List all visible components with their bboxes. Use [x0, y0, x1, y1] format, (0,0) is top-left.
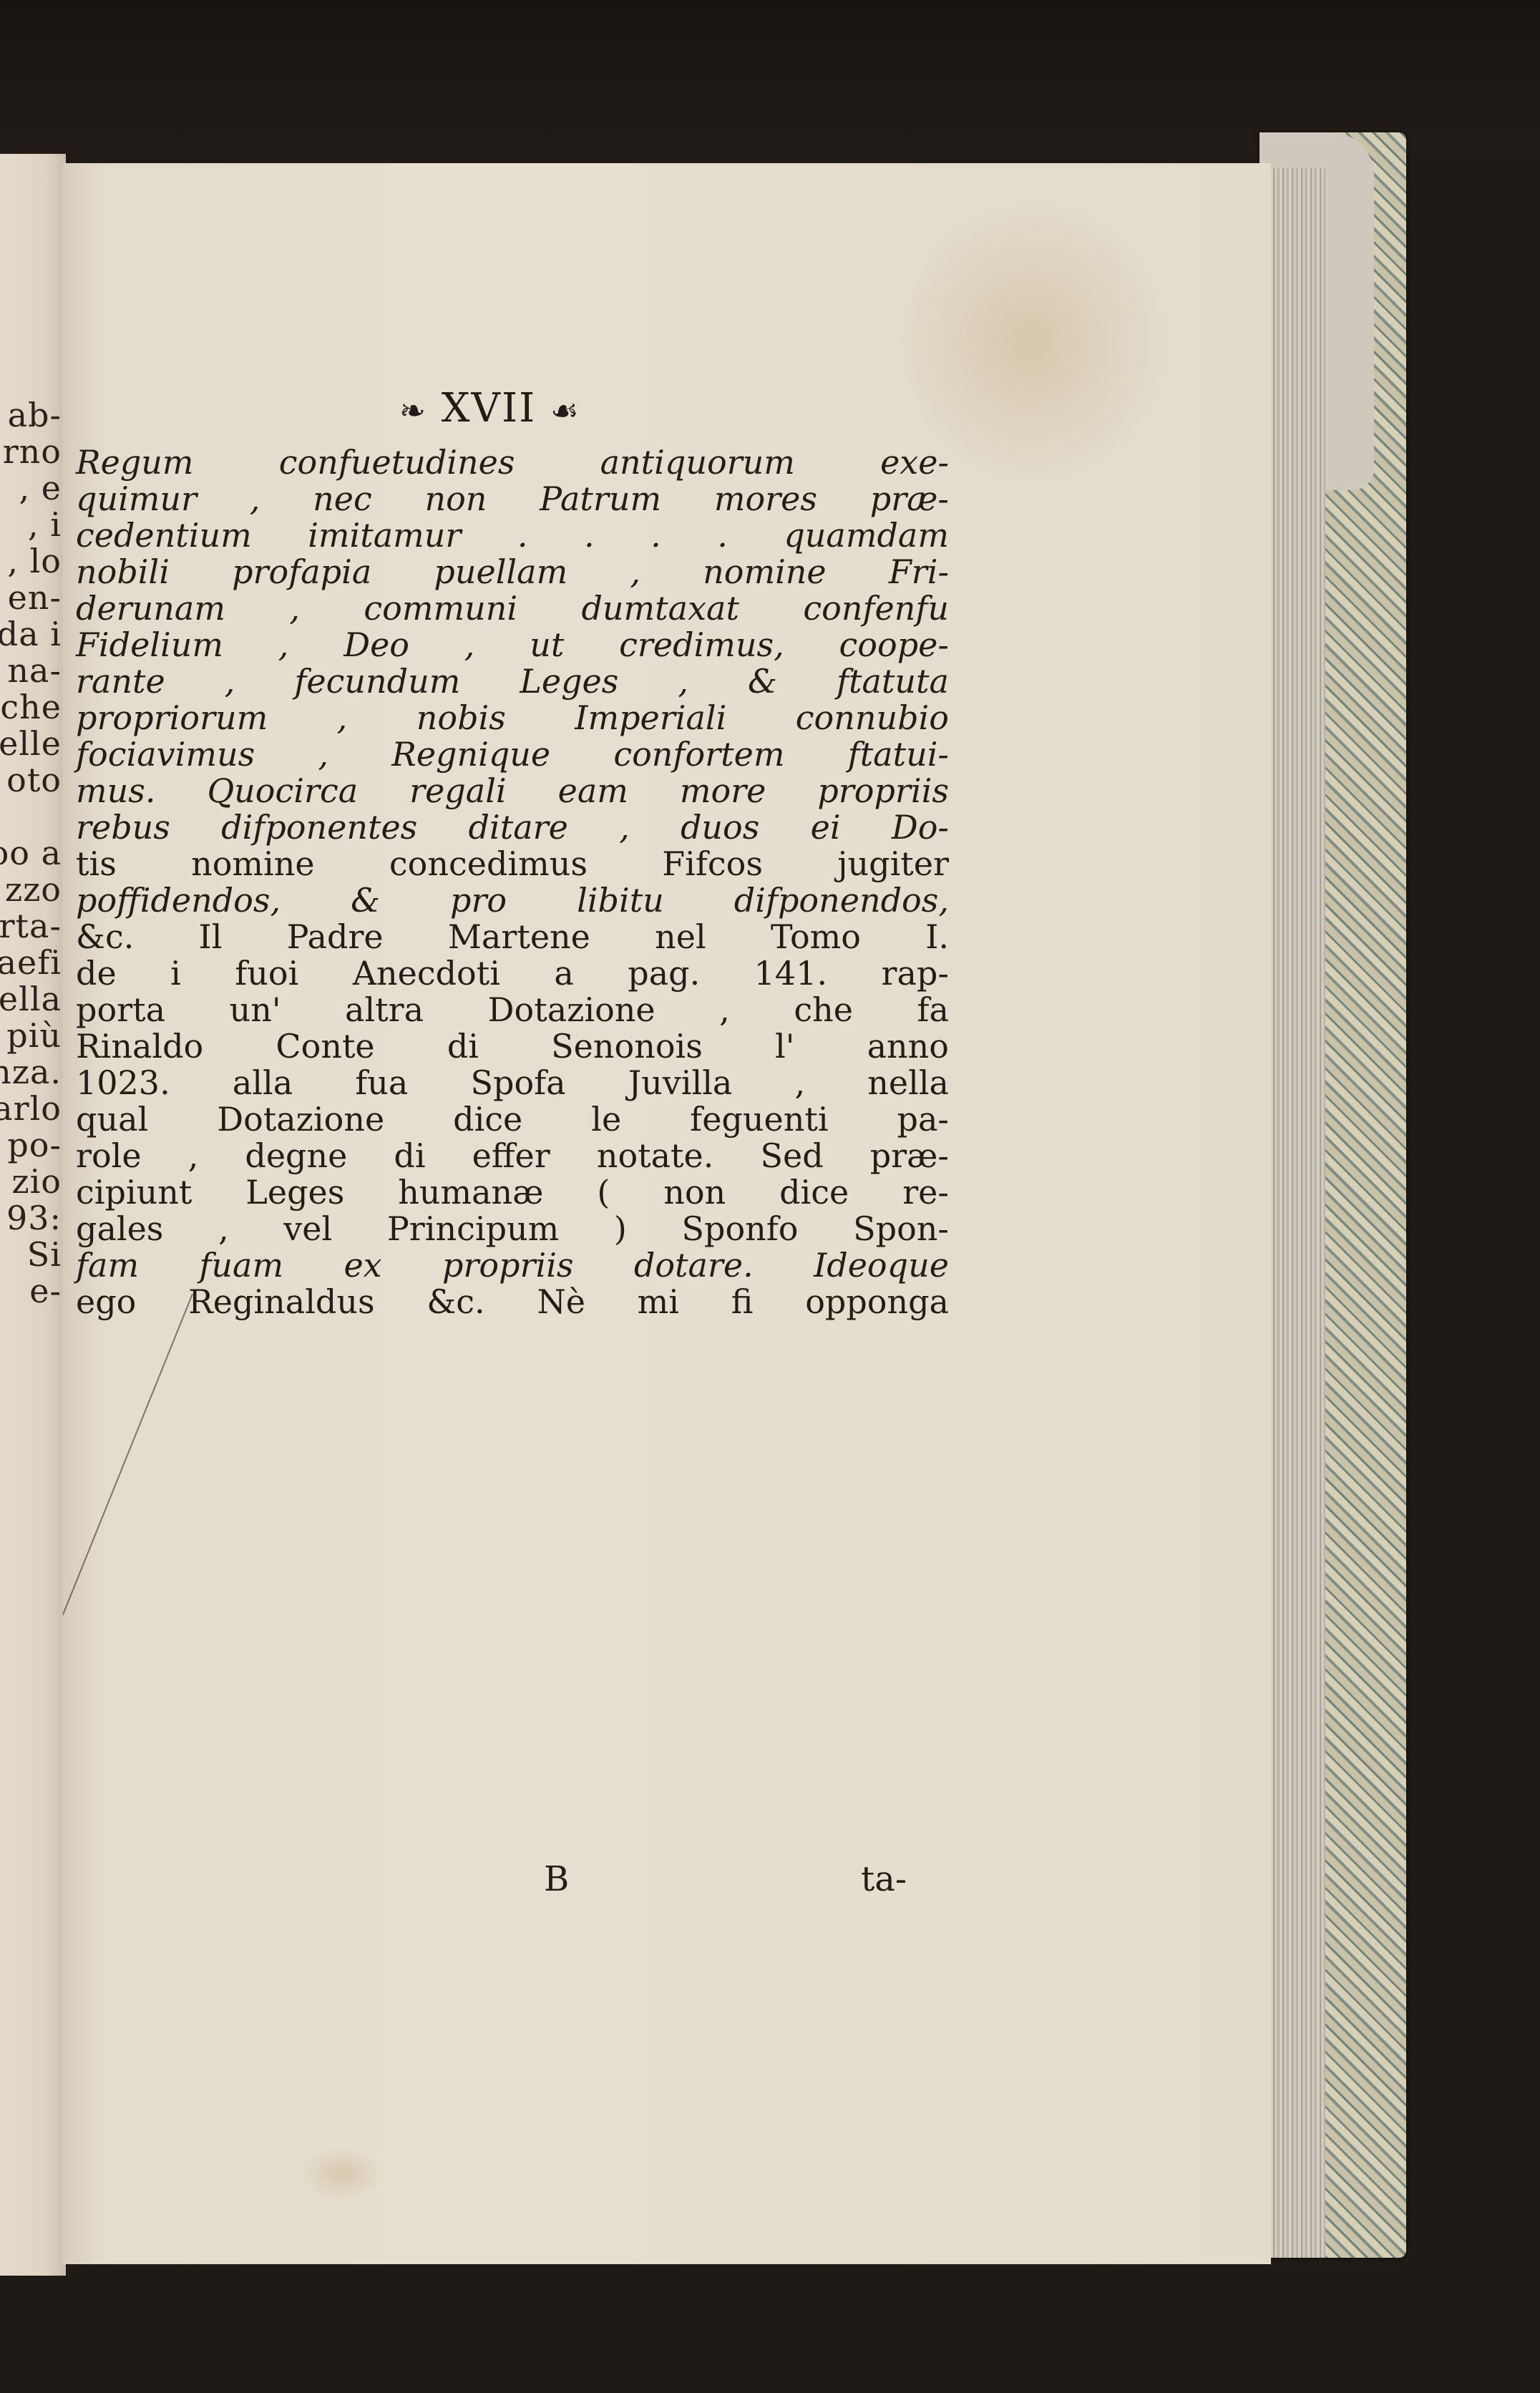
word: connubio — [796, 700, 949, 736]
word: nel — [655, 919, 706, 955]
left-fragment-line: ella — [0, 981, 62, 1018]
word: fociavimus — [76, 736, 255, 773]
word: Principum — [387, 1211, 559, 1247]
word: Regum — [76, 444, 194, 481]
text-line: derunam,communidumtaxatconfenfu — [76, 590, 949, 627]
word: Do- — [892, 809, 949, 846]
word: Patrum — [540, 481, 661, 517]
word: altra — [345, 992, 424, 1028]
word: , — [289, 590, 300, 627]
word: Spon- — [853, 1211, 949, 1247]
word: propriis — [442, 1247, 574, 1284]
word: , — [278, 627, 289, 663]
left-fragment-line: Si — [27, 1237, 62, 1273]
left-fragment-line: aefi — [0, 945, 62, 981]
word: & — [748, 663, 777, 700]
word: nomine — [191, 846, 315, 882]
word: Nè — [537, 1284, 585, 1320]
text-line: famfuamexpropriisdotare.Ideoque — [76, 1247, 949, 1284]
left-fragment-line: e- — [29, 1273, 62, 1310]
left-fragment-line: po- — [7, 1127, 62, 1164]
word: Juvilla — [628, 1065, 733, 1101]
word: , — [318, 736, 328, 773]
text-line: 1023.allafuaSpofaJuvilla,nella — [76, 1065, 949, 1101]
word: ditare — [469, 809, 568, 846]
word: ego — [76, 1284, 136, 1320]
word: fuoi — [235, 955, 298, 992]
right-page: ❧ XVII ☙ Regumconfuetudinesantiquorumexe… — [63, 163, 1271, 2264]
word: concedimus — [389, 846, 588, 882]
word: Leges — [245, 1174, 344, 1211]
word: degne — [245, 1138, 347, 1174]
word: Rinaldo — [76, 1028, 203, 1065]
page-number: XVII — [442, 385, 537, 432]
word: confortem — [613, 736, 784, 773]
word: fua — [355, 1065, 408, 1101]
word: fecundum — [294, 663, 460, 700]
word: propriis — [817, 773, 949, 809]
word: quamdam — [784, 517, 949, 554]
text-line: Regumconfuetudinesantiquorumexe- — [76, 444, 949, 481]
word: libitu — [577, 882, 664, 919]
word: ut — [530, 627, 564, 663]
word: ( — [597, 1174, 610, 1211]
word: profapia — [232, 554, 371, 590]
text-line: portaun'altraDotazione,chefa — [76, 992, 949, 1028]
word: derunam — [76, 590, 225, 627]
word: fuam — [199, 1247, 283, 1284]
word: 1023. — [76, 1065, 170, 1101]
word: difponentes — [221, 809, 417, 846]
word: feguenti — [690, 1101, 828, 1138]
word: cedentium — [76, 517, 252, 554]
word: difponendos, — [734, 882, 949, 919]
text-line: propriorum,nobisImperialiconnubio — [76, 700, 949, 736]
word: ex — [343, 1247, 381, 1284]
word: , — [225, 663, 235, 700]
word: cipiunt — [76, 1174, 192, 1211]
text-line: rebusdifponentesditare,duoseiDo- — [76, 809, 949, 846]
left-fragment-line: nza. — [0, 1054, 62, 1091]
word: dumtaxat — [581, 590, 739, 627]
word: ftatui- — [848, 736, 949, 773]
word: 141. — [754, 955, 827, 992]
word: antiquorum — [600, 444, 795, 481]
word: Tomo — [771, 919, 861, 955]
word: mus. — [76, 773, 155, 809]
word: l' — [775, 1028, 794, 1065]
word: qual — [76, 1101, 148, 1138]
word: non — [424, 481, 487, 517]
left-fragment-line: rno — [3, 434, 62, 470]
word: nella — [867, 1065, 949, 1101]
word: di — [447, 1028, 479, 1065]
word: Martene — [448, 919, 590, 955]
catchword: ta- — [861, 1859, 907, 1899]
word: , — [337, 700, 348, 736]
word: Fri- — [889, 554, 949, 590]
left-fragment-line: rta- — [0, 908, 62, 945]
word: re- — [902, 1174, 949, 1211]
word: Leges — [520, 663, 618, 700]
left-fragment-line: zzo — [5, 872, 62, 908]
word: , — [188, 1138, 199, 1174]
word: mores — [714, 481, 817, 517]
word: Sed — [760, 1138, 823, 1174]
word: præ- — [870, 481, 949, 517]
word: Sponfo — [682, 1211, 799, 1247]
word: Dotazione — [217, 1101, 384, 1138]
left-fragment-line: , e — [19, 470, 62, 507]
word: quimur — [76, 481, 197, 517]
word: che — [794, 992, 853, 1028]
word: nec — [313, 481, 372, 517]
word: regali — [409, 773, 507, 809]
left-fragment-line: na- — [7, 653, 62, 689]
word: non — [663, 1174, 726, 1211]
word: Ideoque — [814, 1247, 949, 1284]
word: , — [678, 663, 688, 700]
word: duos — [681, 809, 759, 846]
word: confuetudines — [279, 444, 515, 481]
fleuron-right-icon: ☙ — [550, 393, 580, 429]
left-fragment-line: , lo — [7, 543, 62, 580]
text-line: poffidendos,&prolibitudifponendos, — [76, 882, 949, 919]
word: role — [76, 1138, 142, 1174]
left-fragment-line: 93: — [6, 1200, 62, 1237]
word: porta — [76, 992, 165, 1028]
word: a — [554, 955, 573, 992]
left-fragment-line: più — [6, 1018, 62, 1054]
left-fragment-line: oo a — [0, 835, 62, 872]
word: rebus — [76, 809, 170, 846]
word: mi — [638, 1284, 679, 1320]
word: de — [76, 955, 117, 992]
word: Anecdoti — [353, 955, 500, 992]
word: Fifcos — [662, 846, 763, 882]
fleuron-left-icon: ❧ — [399, 393, 427, 429]
paper-scratch-line — [63, 1294, 193, 1759]
word: . — [650, 517, 661, 554]
word: dice — [779, 1174, 849, 1211]
word: effer — [472, 1138, 550, 1174]
word: tis — [76, 846, 117, 882]
left-fragment-line: en- — [8, 580, 62, 616]
word: &c. — [427, 1284, 484, 1320]
page-block-edge — [1268, 168, 1325, 2258]
text-line: gales,velPrincipum)SponfoSpon- — [76, 1211, 949, 1247]
word: fi — [731, 1284, 754, 1320]
word: Conte — [276, 1028, 374, 1065]
text-line: qualDotazionedicelefeguentipa- — [76, 1101, 949, 1138]
word: pro — [450, 882, 507, 919]
word: alla — [233, 1065, 293, 1101]
word: , — [218, 1211, 229, 1247]
word: gales — [76, 1211, 163, 1247]
word: . — [517, 517, 528, 554]
word: Reginaldus — [188, 1284, 374, 1320]
text-line: Fidelium,Deo,utcredimus,coope- — [76, 627, 949, 663]
word: Quocirca — [207, 773, 358, 809]
word: coope- — [839, 627, 949, 663]
word: , — [464, 627, 475, 663]
word: , — [619, 809, 630, 846]
text-line: deifuoiAnecdotiapag.141.rap- — [76, 955, 949, 992]
word: Deo — [343, 627, 409, 663]
word: poffidendos, — [76, 882, 281, 919]
word: dotare. — [634, 1247, 754, 1284]
text-line: &c.IlPadreMartenenelTomoI. — [76, 919, 949, 955]
word: . — [717, 517, 728, 554]
word: Il — [199, 919, 223, 955]
dark-background — [0, 0, 1540, 154]
paper-stain — [299, 2145, 385, 2203]
word: nobili — [76, 554, 170, 590]
left-page-fragment: ab- rno , e , i , lo en- da i na- che el… — [0, 154, 66, 2276]
text-line: rante,fecundumLeges,&ftatuta — [76, 663, 949, 700]
text-line: mus.Quocircaregalieammorepropriis — [76, 773, 949, 809]
text-line: tisnomineconcedimusFifcosjugiter — [76, 846, 949, 882]
text-line: cedentiumimitamur....quamdam — [76, 517, 949, 554]
text-line: nobiliprofapiapuellam,nomineFri- — [76, 554, 949, 590]
word: Spofa — [470, 1065, 565, 1101]
left-fragment-line: , i — [28, 507, 62, 543]
word: humanæ — [398, 1174, 543, 1211]
word: Regnique — [391, 736, 550, 773]
text-line: quimur,necnonPatrummorespræ- — [76, 481, 949, 517]
word: exe- — [880, 444, 949, 481]
word: Dotazione — [488, 992, 656, 1028]
word: , — [630, 554, 640, 590]
word: propriorum — [76, 700, 268, 736]
page-header: ❧ XVII ☙ — [399, 385, 580, 432]
signature-mark: B — [544, 1859, 569, 1899]
left-fragment-line: che — [0, 689, 62, 726]
word: di — [394, 1138, 425, 1174]
word: , — [719, 992, 730, 1028]
word: jugiter — [837, 846, 949, 882]
word: i — [170, 955, 181, 992]
word: præ- — [870, 1138, 949, 1174]
word: , — [795, 1065, 806, 1101]
word: imitamur — [308, 517, 461, 554]
left-fragment-line: arlo — [0, 1091, 62, 1127]
word: ftatuta — [837, 663, 949, 700]
word: ) — [614, 1211, 627, 1247]
word: pa- — [897, 1101, 949, 1138]
left-fragment-line: elle — [0, 726, 62, 762]
word: credimus, — [619, 627, 784, 663]
word: Fidelium — [76, 627, 223, 663]
word: Imperiali — [575, 700, 726, 736]
word: . — [584, 517, 595, 554]
word: notate. — [597, 1138, 714, 1174]
word: , — [250, 481, 260, 517]
word: confenfu — [803, 590, 949, 627]
text-line: role,degnedieffernotate.Sedpræ- — [76, 1138, 949, 1174]
word: nomine — [703, 554, 827, 590]
word: le — [591, 1101, 621, 1138]
word: puellam — [434, 554, 567, 590]
left-fragment-line: oto — [6, 762, 62, 799]
word: fam — [76, 1247, 139, 1284]
text-line: fociavimus,Regniqueconfortemftatui- — [76, 736, 949, 773]
word: &c. — [76, 919, 134, 955]
word: rante — [76, 663, 165, 700]
word: I. — [925, 919, 949, 955]
word: Senonois — [551, 1028, 703, 1065]
word: nobis — [416, 700, 506, 736]
word: fa — [917, 992, 949, 1028]
word: anno — [867, 1028, 949, 1065]
left-fragment-line: da i — [0, 616, 62, 653]
word: communi — [364, 590, 517, 627]
word: ei — [811, 809, 841, 846]
body-text: Regumconfuetudinesantiquorumexe-quimur,n… — [76, 444, 949, 1320]
text-line: egoReginaldus&c.Nèmifiopponga — [76, 1284, 949, 1320]
left-fragment-line: zio — [11, 1164, 62, 1200]
word: Padre — [287, 919, 384, 955]
word: & — [351, 882, 380, 919]
text-line: cipiuntLegeshumanæ(nondicere- — [76, 1174, 949, 1211]
word: rap- — [882, 955, 949, 992]
word: un' — [230, 992, 281, 1028]
word: vel — [283, 1211, 332, 1247]
text-line: RinaldoContediSenonoisl'anno — [76, 1028, 949, 1065]
word: eam — [558, 773, 628, 809]
word: opponga — [805, 1284, 949, 1320]
word: more — [680, 773, 766, 809]
left-fragment-line: ab- — [8, 397, 62, 434]
word: pag. — [628, 955, 700, 992]
word: dice — [453, 1101, 522, 1138]
